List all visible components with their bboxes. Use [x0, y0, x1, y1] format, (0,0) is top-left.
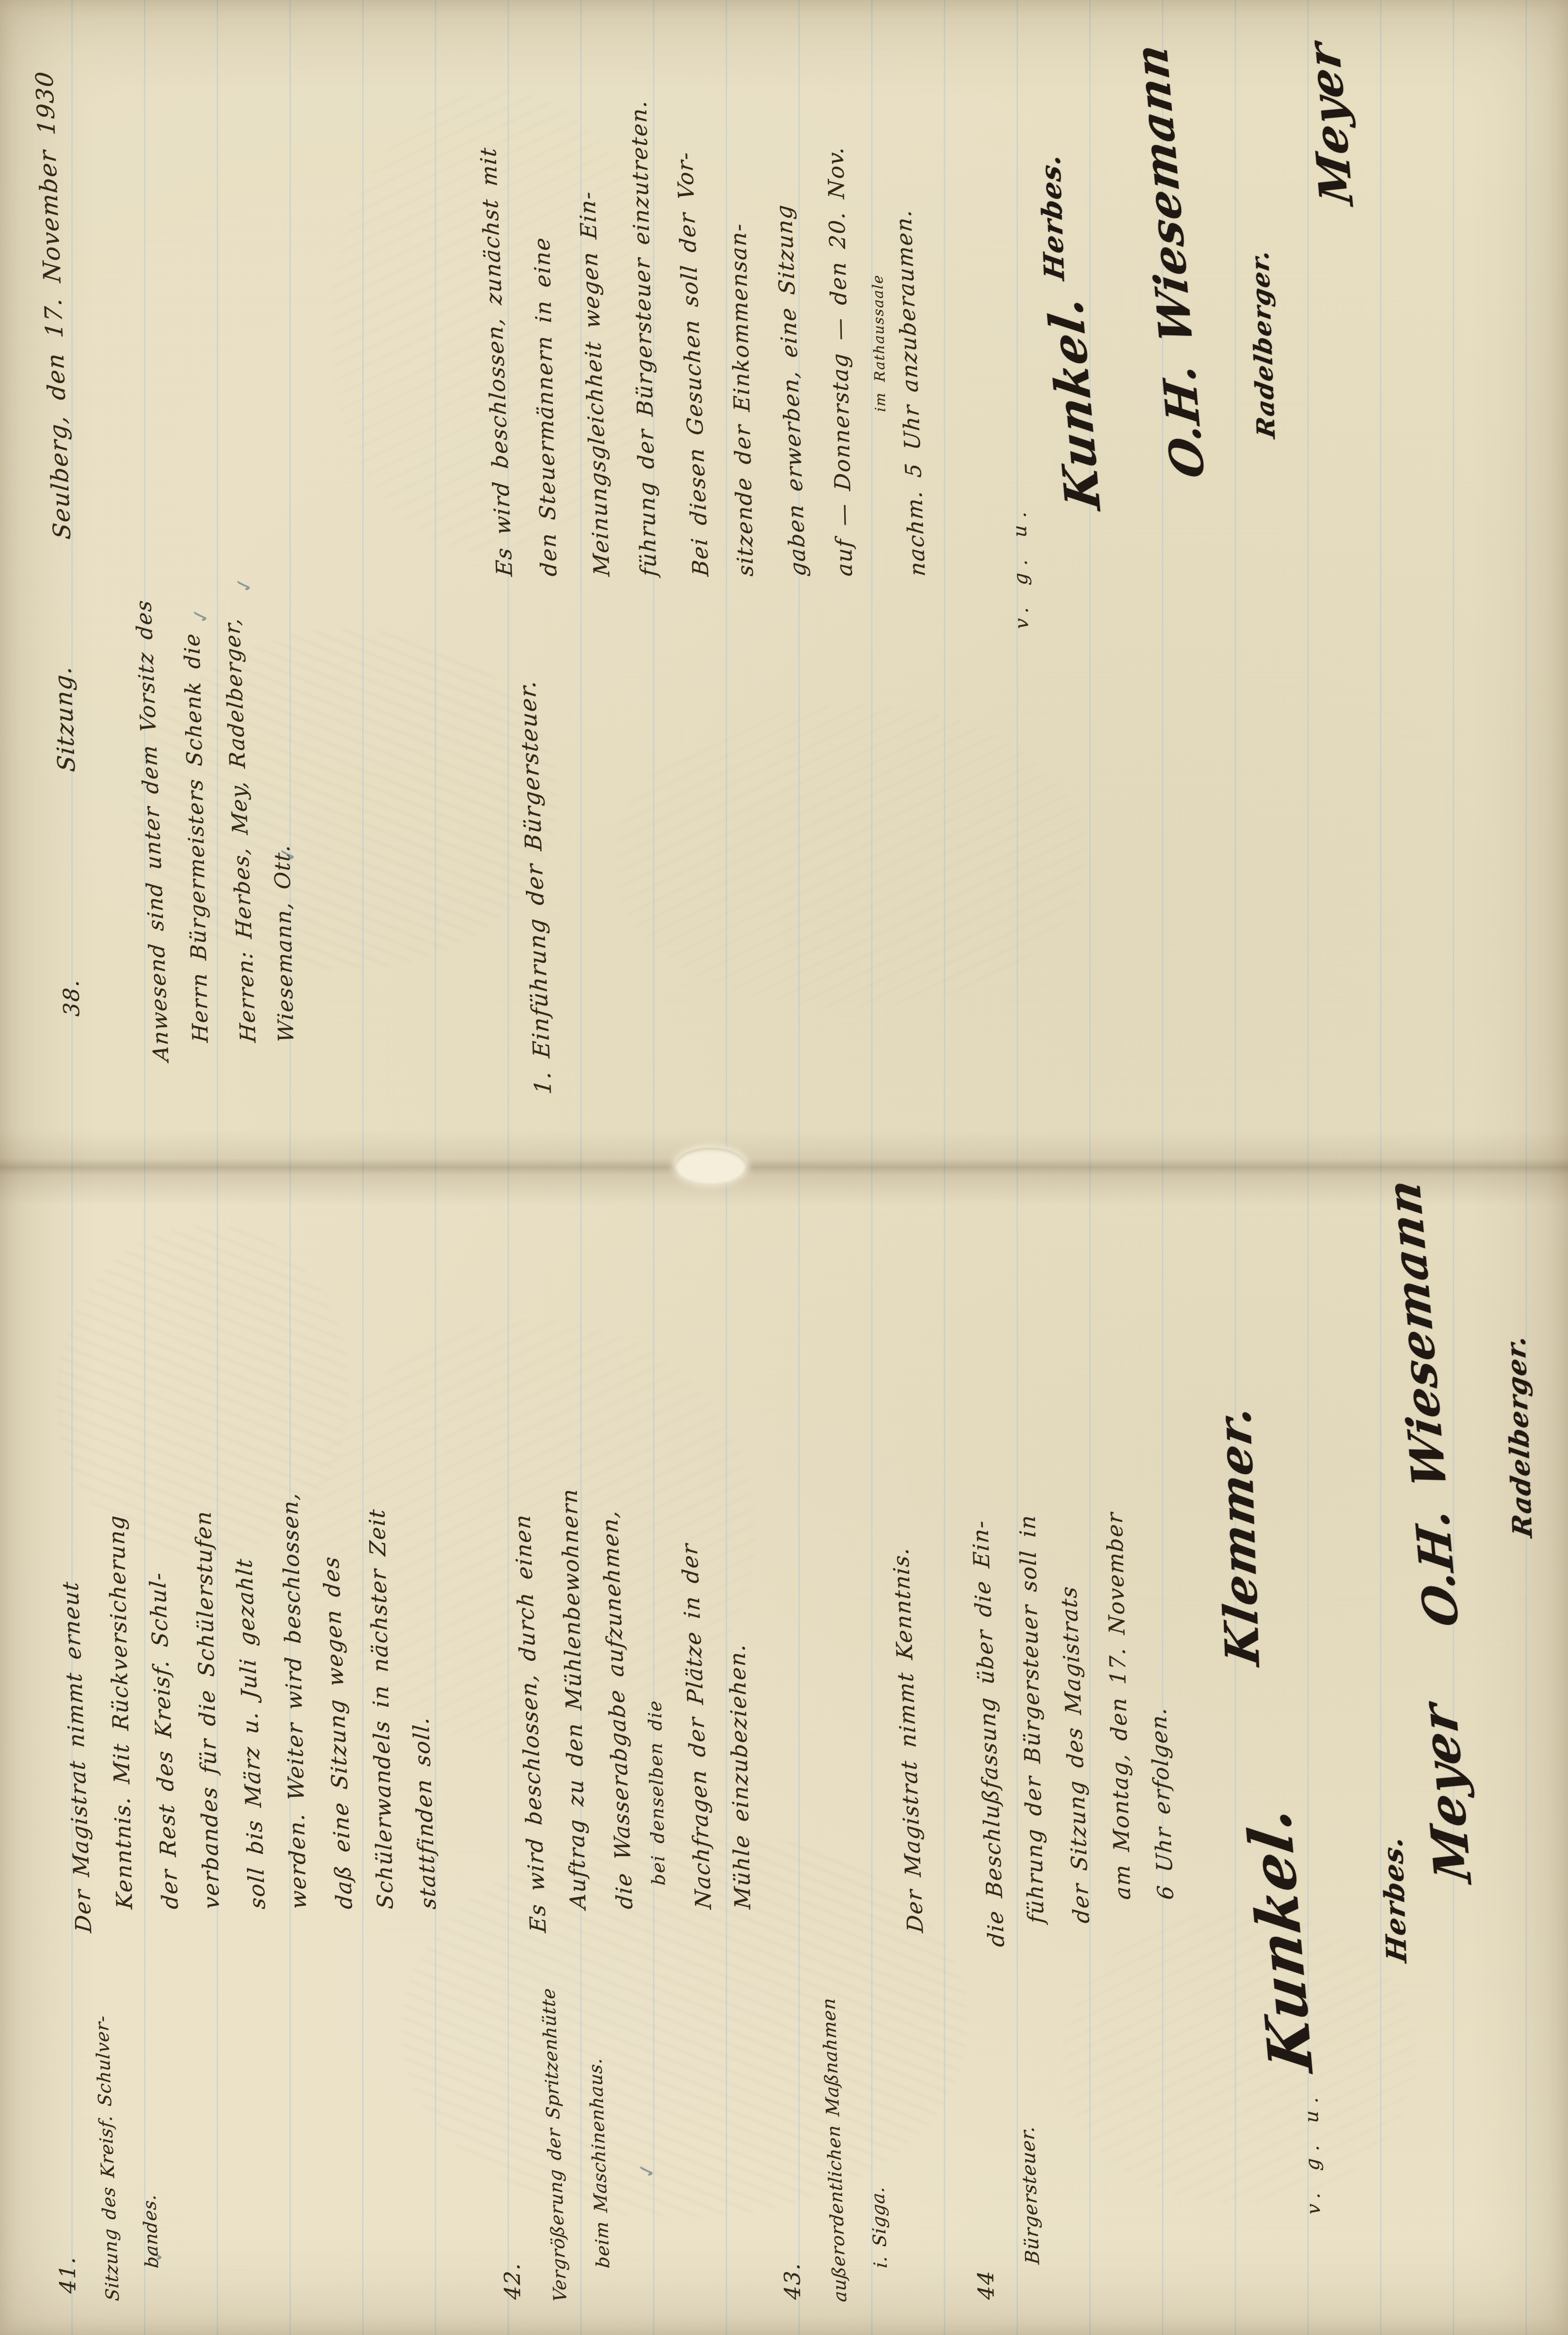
- body-line: 6 Uhr erfolgen.: [1147, 1706, 1177, 1900]
- paper-tear: [675, 1148, 746, 1184]
- check-mark: ✓: [187, 605, 214, 626]
- book-spread: 41. ✓ Sitzung des Kreisf. Schulver- band…: [0, 0, 1568, 2335]
- signature: Meyer: [1413, 1701, 1479, 1885]
- body-line: verbandes für die Schülerstufen: [192, 1510, 222, 1909]
- margin-topic-line: bandes.: [140, 2193, 161, 2269]
- entry-number: 43.: [781, 2262, 804, 2300]
- signature: O.H. Wiesemann: [1380, 1176, 1466, 1629]
- entry-number: 42.: [501, 2262, 524, 2300]
- entry-number: 41.: [56, 2256, 79, 2294]
- resolution-line: führung der Bürgersteuer einzutreten.: [627, 99, 659, 577]
- ink-bleedthrough: [57, 1225, 349, 1556]
- body-line: werden. Weiter wird beschlossen,: [279, 1491, 310, 1909]
- scanned-protocol-photo: 41. ✓ Sitzung des Kreisf. Schulver- band…: [0, 0, 1568, 2335]
- resolution-line: gaben erwerben, eine Sitzung: [773, 203, 809, 577]
- ink-bleedthrough: [401, 1830, 968, 2217]
- signature: Kunkel.: [1239, 1803, 1322, 2074]
- page-left: 41. ✓ Sitzung des Kreisf. Schulver- band…: [0, 1167, 1568, 2335]
- resolution-line: Meinungsgleichheit wegen Ein-: [576, 190, 613, 577]
- body-line: Nachfragen der Plätze in der: [678, 1542, 714, 1909]
- check-mark: ✓: [634, 2160, 661, 2181]
- entry-number: 38.: [60, 979, 83, 1017]
- interline-insertion: im Rathaussaale: [871, 274, 888, 412]
- session-heading: Sitzung.: [51, 665, 79, 773]
- ink-bleedthrough: [614, 705, 1086, 1007]
- date-line: Seulberg, den 17. November 1930: [33, 70, 74, 540]
- check-mark: ✓: [231, 574, 258, 596]
- signature: Herbes.: [1036, 152, 1068, 282]
- body-line: Auftrag zu den Mühlenbewohnern: [559, 1488, 589, 1909]
- margin-topic-line: beim Maschinenhaus.: [586, 2057, 612, 2269]
- signature: Radelberger.: [1502, 1333, 1536, 1539]
- body-line: daß eine Sitzung wegen des: [320, 1555, 356, 1910]
- topic-heading: 1. Einführung der Bürgersteuer.: [516, 679, 555, 1095]
- ink-bleedthrough: [1062, 1910, 1416, 2203]
- check-mark: ✓: [275, 844, 302, 865]
- margin-topic-line: außerordentlichen Maßnahmen: [820, 1997, 849, 2302]
- attendance-line: Wiesemann, Ott.: [271, 844, 297, 1043]
- resolution-line: den Steuermännern in eine: [531, 236, 559, 577]
- body-line: die Wasserabgabe aufzunehmen,: [599, 1509, 636, 1910]
- body-line: Schülerwandels in nächster Zeit: [366, 1508, 396, 1909]
- resolution-line: nachm. 5 Uhr anzuberaumen.: [892, 208, 928, 577]
- ruled-lines: [0, 1167, 1568, 2335]
- resolution-line: auf — Donnerstag — den 20. Nov.: [824, 146, 855, 577]
- closing-abbreviation: v. g. u.: [1010, 503, 1032, 630]
- signature: Radelberger.: [1248, 248, 1279, 440]
- body-line: Es wird beschlossen, durch einen: [511, 1513, 549, 1934]
- body-line: am Montag, den 17. November: [1103, 1511, 1133, 1900]
- margin-topic-line: i. Sigga.: [869, 2186, 890, 2269]
- body-line: Mühle einzubeziehen.: [726, 1643, 754, 1909]
- signature: Herbes.: [1379, 1834, 1411, 1964]
- body-line: die Beschlußfassung über die Ein-: [969, 1519, 1008, 1948]
- margin-topic-line: Sitzung des Kreisf. Schulver-: [93, 2014, 121, 2301]
- body-line: Der Magistrat nimmt erneut: [59, 1580, 95, 1933]
- body-line: der Rest des Kreisf. Schul-: [146, 1571, 181, 1909]
- body-line: der Sitzung des Magistrats: [1058, 1585, 1093, 1924]
- signature: Meyer: [1300, 40, 1360, 207]
- resolution-line: sitzende der Einkommensan-: [727, 222, 756, 577]
- signature: O.H. Wiesemann: [1128, 41, 1212, 480]
- body-line: Der Magistrat nimmt Kenntnis.: [890, 1546, 926, 1934]
- signature: Kunkel.: [1041, 293, 1108, 511]
- resolution-line: Bei diesen Gesuchen soll der Vor-: [674, 151, 712, 577]
- closing-abbreviation: v. g. u.: [1302, 2089, 1323, 2215]
- body-line: Kenntnis. Mit Rückversicherung: [105, 1514, 136, 1909]
- page-right: Seulberg, den 17. November 1930 38. Sitz…: [0, 0, 1568, 1167]
- signature: Klemmer.: [1211, 1402, 1267, 1668]
- resolution-line: Es wird beschlossen, zunächst mit: [477, 146, 515, 577]
- body-line: stattfinden soll.: [410, 1715, 439, 1910]
- attendance-line: Herrn Bürgermeisters Schenk die: [181, 632, 211, 1043]
- body-line: führung der Bürgersteuer soll in: [1017, 1514, 1047, 1924]
- attendance-line: Herren: Herbes, Mey, Radelberger,: [221, 616, 259, 1043]
- entry-number: 44: [975, 2269, 997, 2300]
- body-line: bei denselben die: [646, 1699, 668, 1886]
- body-line: soll bis März u. Juli gezahlt: [233, 1557, 269, 1910]
- margin-topic-line: Vergrößerung der Spritzenhütte: [539, 1987, 569, 2302]
- margin-topic-line: Bürgersteuer.: [1018, 2125, 1042, 2265]
- attendance-line: Anwesend sind unter dem Vorsitz des: [133, 598, 172, 1062]
